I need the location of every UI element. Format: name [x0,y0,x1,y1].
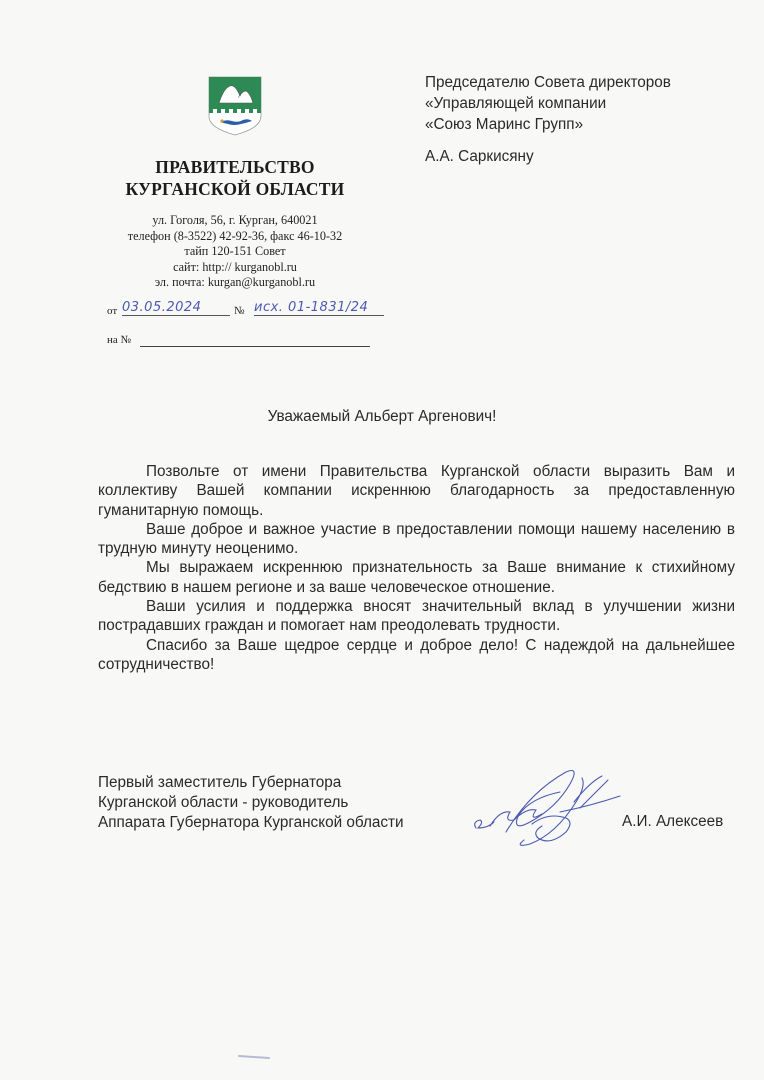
contact-phone: телефон (8-3522) 42-92-36, факс 46-10-32 [100,229,370,245]
signer-position-line: Первый заместитель Губернатора [98,773,404,793]
salutation: Уважаемый Альберт Аргенович! [0,408,764,426]
letter-page: ПРАВИТЕЛЬСТВО КУРГАНСКОЙ ОБЛАСТИ ул. Гог… [0,0,764,1080]
registration-date-label: от [107,305,117,317]
body-paragraph: Спасибо за Ваше щедрое сердце и доброе д… [98,636,735,675]
registration-number-label: № [234,305,245,317]
organization-title-line1: ПРАВИТЕЛЬСТВО [100,156,370,178]
handwritten-signature-icon [470,762,630,852]
contact-email: эл. почта: kurgan@kurganobl.ru [100,275,370,291]
contact-address: ул. Гоголя, 56, г. Курган, 640021 [100,213,370,229]
reference-number-label: на № [107,334,131,346]
coat-of-arms-icon [208,76,262,136]
scan-mark [238,1055,270,1059]
body-paragraph: Мы выражаем искреннюю признательность за… [98,558,735,597]
registration-date: 03.05.2024 [122,300,230,316]
signer-position-line: Курганской области - руководитель [98,793,404,813]
addressee-block: Председателю Совета директоров «Управляю… [425,72,745,135]
body-paragraph: Позвольте от имени Правительства Курганс… [98,462,735,520]
contact-website: сайт: http:// kurganobl.ru [100,260,370,276]
addressee-name: А.А. Саркисяну [425,148,534,166]
contact-telex: тайп 120-151 Совет [100,244,370,260]
organization-title: ПРАВИТЕЛЬСТВО КУРГАНСКОЙ ОБЛАСТИ [100,156,370,200]
signer-name: А.И. Алексеев [622,813,723,831]
signer-position: Первый заместитель Губернатора Курганско… [98,773,404,833]
organization-title-line2: КУРГАНСКОЙ ОБЛАСТИ [100,178,370,200]
addressee-line: Председателю Совета директоров [425,72,745,93]
body-paragraph: Ваше доброе и важное участие в предостав… [98,520,735,559]
addressee-line: «Управляющей компании [425,93,745,114]
organization-contacts: ул. Гоголя, 56, г. Курган, 640021 телефо… [100,213,370,291]
signer-position-line: Аппарата Губернатора Курганской области [98,813,404,833]
letter-body: Позвольте от имени Правительства Курганс… [98,462,735,674]
registration-number: исх. 01-1831/24 [254,300,384,316]
addressee-line: «Союз Маринс Групп» [425,114,745,135]
body-paragraph: Ваши усилия и поддержка вносят значитель… [98,597,735,636]
reference-number-blank [140,346,370,347]
